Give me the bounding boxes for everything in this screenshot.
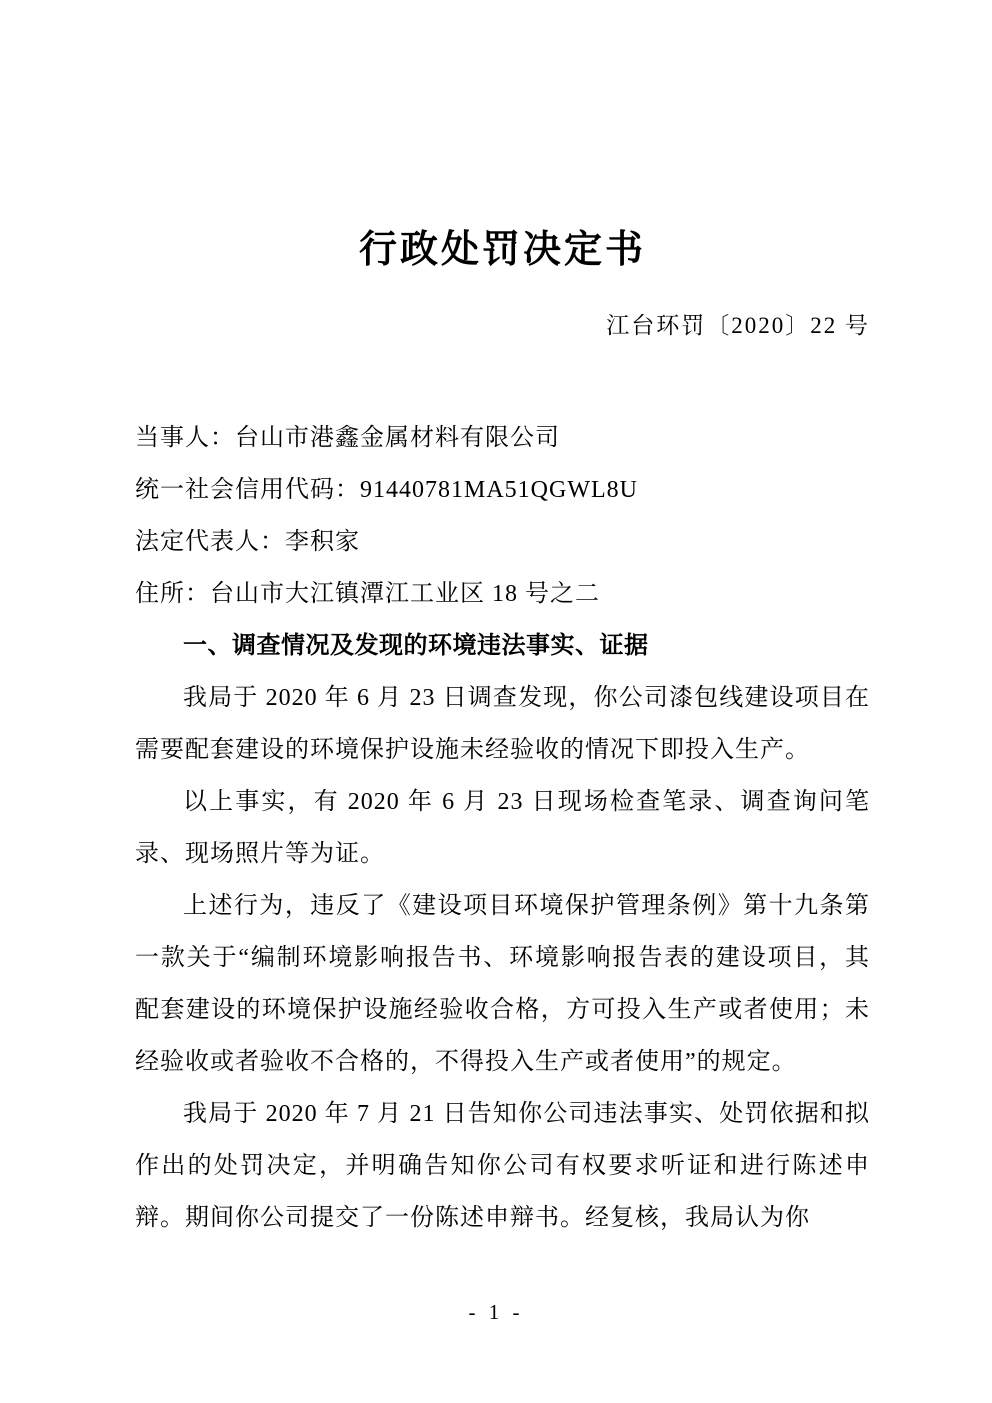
party-line-address: 住所：台山市大江镇潭江工业区 18 号之二 (135, 568, 870, 620)
document-content: 行政处罚决定书 江台环罚〔2020〕22 号 当事人：台山市港鑫金属材料有限公司… (135, 0, 870, 1244)
document-number: 江台环罚〔2020〕22 号 (135, 306, 870, 346)
document-body: 当事人：台山市港鑫金属材料有限公司 统一社会信用代码：91440781MA51Q… (135, 412, 870, 1244)
party-line-name: 当事人：台山市港鑫金属材料有限公司 (135, 412, 870, 464)
paragraph-violated-regulation: 上述行为，违反了《建设项目环境保护管理条例》第十九条第一款关于“编制环境影响报告… (135, 880, 870, 1088)
paragraph-investigation-findings: 我局于 2020 年 6 月 23 日调查发现，你公司漆包线建设项目在需要配套建… (135, 672, 870, 776)
section-heading: 一、调查情况及发现的环境违法事实、证据 (135, 620, 870, 672)
paragraph-evidence: 以上事实，有 2020 年 6 月 23 日现场检查笔录、调查询问笔录、现场照片… (135, 776, 870, 880)
party-line-legal-representative: 法定代表人：李积家 (135, 516, 870, 568)
page-number: - 1 - (0, 1297, 992, 1327)
document-page: 行政处罚决定书 江台环罚〔2020〕22 号 当事人：台山市港鑫金属材料有限公司… (0, 0, 992, 1403)
party-line-credit-code: 统一社会信用代码：91440781MA51QGWL8U (135, 464, 870, 516)
document-title: 行政处罚决定书 (135, 0, 870, 274)
paragraph-notification: 我局于 2020 年 7 月 21 日告知你公司违法事实、处罚依据和拟作出的处罚… (135, 1088, 870, 1244)
